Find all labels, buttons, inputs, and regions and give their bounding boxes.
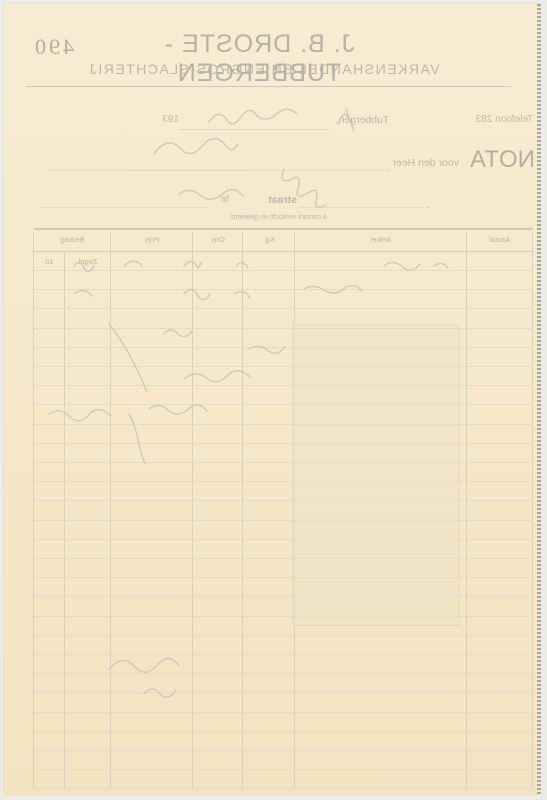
document-number: 490 <box>32 34 74 60</box>
subheader-zegel: Zegel <box>65 257 111 266</box>
date-line <box>179 128 329 130</box>
table-row-line <box>34 769 533 770</box>
table-row-line <box>34 308 533 309</box>
table-row-line <box>34 712 533 713</box>
faded-rectangle-mark <box>292 324 460 626</box>
header-prijs: Prijs <box>111 235 193 244</box>
subheader-10: 10 <box>34 257 65 266</box>
table-row-line <box>34 731 533 732</box>
table-top-rule <box>34 228 533 230</box>
header-artikel: Artikel <box>295 235 467 244</box>
street-line <box>299 207 429 208</box>
telephone-label: Telefoon 283 <box>476 114 533 125</box>
table-row-line <box>34 692 533 693</box>
place-label: Tubbergen, <box>336 114 389 126</box>
table-row-line <box>34 654 533 655</box>
terms-text: à contant verkocht en geleverd <box>179 214 379 221</box>
header-aantal: Aantal <box>467 235 533 244</box>
header-ons: Ons <box>193 235 243 244</box>
header-row-divider <box>34 251 533 252</box>
invoice-paper: J. B. DROSTE - TUBBERGEN 490 VARKENSHAND… <box>4 4 539 795</box>
header-divider <box>26 86 511 87</box>
company-subtitle: VARKENSHANDEL EN ENGROS-SLACHTERIJ <box>49 61 479 77</box>
column-divider <box>532 232 533 789</box>
table-row-line <box>34 270 533 271</box>
column-divider <box>33 232 34 789</box>
column-divider <box>110 232 111 789</box>
town-label: te <box>221 194 229 205</box>
year-label: 193 <box>162 114 179 125</box>
nota-title: NOTA <box>470 146 535 174</box>
recipient-line <box>49 170 389 171</box>
table-row-line <box>34 788 533 789</box>
table-row-line <box>34 673 533 674</box>
street-label: straat <box>268 194 297 206</box>
recipient-label: voor den Heer <box>392 157 459 169</box>
table-row-line <box>34 750 533 751</box>
town-line <box>39 207 209 208</box>
column-divider <box>192 232 193 789</box>
header-bedrag: Bedrag <box>34 235 111 244</box>
table-row-line <box>34 289 533 290</box>
column-divider <box>242 232 243 789</box>
company-name: J. B. DROSTE - TUBBERGEN <box>109 30 409 88</box>
table-row-line <box>34 635 533 636</box>
header-kg: Kg. <box>243 235 295 244</box>
column-divider <box>466 232 467 789</box>
